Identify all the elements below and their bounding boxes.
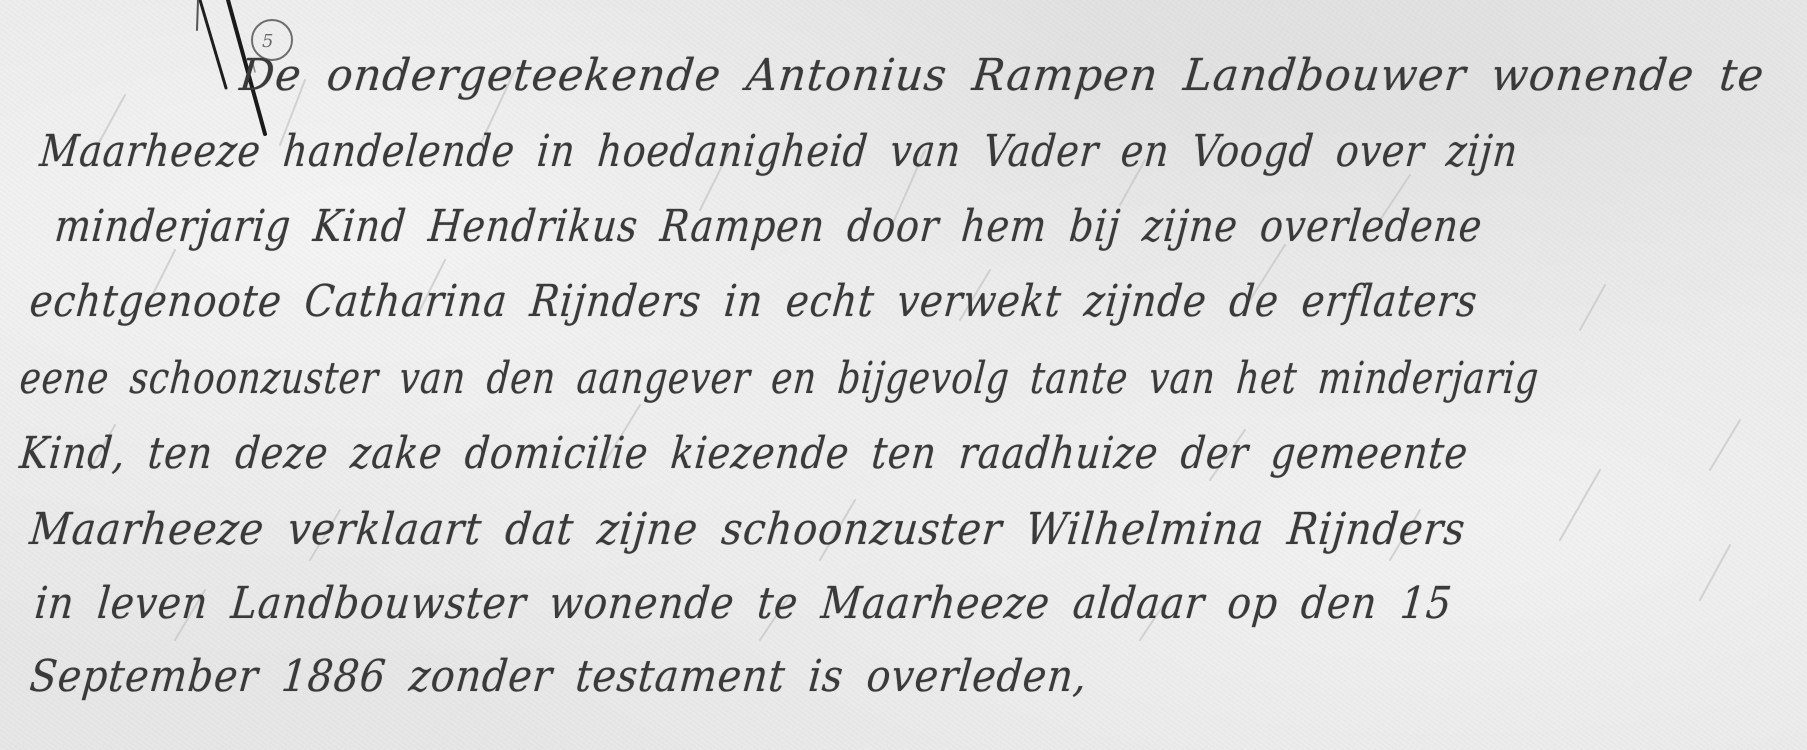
handwritten-word: overleden, — [864, 651, 1089, 702]
handwritten-word: raadhuize — [957, 428, 1161, 479]
handwritten-line: eeneschoonzustervandenaangeverenbijgevol… — [18, 353, 1562, 404]
handwritten-word: bijgevolg — [836, 353, 1012, 404]
handwritten-word: domicilie — [463, 428, 651, 479]
handwritten-word: Rijnders — [528, 276, 704, 327]
handwritten-word: Maarheeze — [38, 126, 264, 177]
handwritten-word: schoonzuster — [719, 504, 1004, 555]
handwritten-word: minderjarig — [1316, 353, 1541, 404]
handwritten-word: deze — [233, 428, 330, 479]
handwritten-word: minderjarig — [53, 201, 294, 252]
handwritten-word: is — [806, 651, 846, 702]
handwritten-line: DeondergeteekendeAntoniusRampenLandbouwe… — [237, 50, 1792, 101]
handwritten-word: echtgenoote — [28, 276, 285, 327]
handwritten-word: testament — [574, 651, 788, 702]
handwritten-word: zijne — [1140, 201, 1240, 252]
handwritten-word: Maarheeze — [28, 504, 267, 555]
handwritten-word: in — [722, 276, 766, 327]
handwritten-word: leven — [95, 578, 210, 629]
handwritten-word: Landbouwster — [229, 578, 529, 629]
handwritten-word: Kind — [311, 201, 408, 252]
handwritten-word: handelende — [281, 126, 517, 177]
handwritten-line: September1886zondertestamentisoverleden, — [28, 651, 1113, 702]
handwritten-word: September — [28, 651, 261, 702]
handwritten-line: inlevenLandbouwsterwonendeteMaarheezeald… — [33, 578, 1478, 629]
handwritten-word: schoonzuster — [128, 353, 381, 404]
handwritten-line: Kind,tendezezakedomiciliekiezendetenraad… — [18, 428, 1493, 479]
handwritten-word: erflaters — [1299, 276, 1479, 327]
handwritten-word: tante — [1028, 353, 1130, 404]
handwritten-word: en — [769, 353, 819, 404]
handwritten-word: van — [888, 126, 963, 177]
handwritten-word: den — [1299, 578, 1380, 629]
handwritten-word: het — [1234, 353, 1299, 404]
handwritten-word: Kind, — [18, 428, 128, 479]
handwritten-line: MaarheezeverklaartdatzijneschoonzusterWi… — [28, 504, 1492, 555]
handwritten-word: Rampen — [658, 201, 827, 252]
handwritten-word: De — [237, 50, 304, 101]
handwritten-word: hoedanigheid — [596, 126, 871, 177]
handwritten-word: wonende — [547, 578, 737, 629]
handwritten-word: Maarheeze — [819, 578, 1052, 629]
handwritten-word: ten — [146, 428, 215, 479]
handwritten-word: Landbouwer — [1181, 50, 1469, 101]
handwritten-word: ten — [870, 428, 939, 479]
handwritten-word: kiezende — [669, 428, 852, 479]
handwritten-word: 1886 — [279, 651, 388, 702]
handwritten-word: wonende — [1489, 50, 1697, 101]
handwritten-line: echtgenooteCatharinaRijndersinechtverwek… — [28, 276, 1503, 327]
handwritten-line: minderjarigKindHendrikusRampendoorhembij… — [53, 201, 1507, 252]
handwritten-word: zijn — [1444, 126, 1520, 177]
handwritten-line: MaarheezehandelendeinhoedanigheidvanVade… — [38, 126, 1543, 177]
handwritten-word: Voogd — [1190, 126, 1317, 177]
handwritten-word: verwekt — [895, 276, 1064, 327]
handwritten-word: van — [397, 353, 468, 404]
handwritten-word: echt — [784, 276, 877, 327]
handwritten-word: Wilhelmina — [1023, 504, 1266, 555]
handwritten-word: zijnde — [1082, 276, 1209, 327]
handwritten-word: te — [755, 578, 800, 629]
handwritten-word: aangever — [575, 353, 753, 404]
handwritten-word: ondergeteekende — [324, 50, 723, 101]
handwritten-word: hem — [959, 201, 1049, 252]
handwritten-word: de — [1227, 276, 1281, 327]
handwritten-word: verklaart — [286, 504, 485, 555]
handwritten-word: eene — [18, 353, 111, 404]
handwritten-word: zake — [349, 428, 445, 479]
handwritten-word: en — [1119, 126, 1172, 177]
handwritten-word: Rijnders — [1285, 504, 1468, 555]
handwritten-word: zijne — [595, 504, 700, 555]
handwritten-word: Vader — [981, 126, 1101, 177]
handwritten-word: van — [1147, 353, 1218, 404]
handwritten-word: in — [535, 126, 578, 177]
handwritten-word: den — [485, 353, 558, 404]
handwritten-word: te — [1717, 50, 1767, 101]
handwritten-word: op — [1225, 578, 1280, 629]
handwritten-word: in — [33, 578, 77, 629]
handwritten-word: door — [845, 201, 941, 252]
handwritten-word: zonder — [407, 651, 555, 702]
handwritten-word: Antonius — [744, 50, 950, 101]
handwritten-word: bij — [1067, 201, 1122, 252]
handwritten-word: Hendrikus — [426, 201, 640, 252]
handwritten-word: over — [1334, 126, 1427, 177]
handwritten-word: aldaar — [1071, 578, 1207, 629]
margin-number: 5 — [262, 31, 273, 52]
handwritten-word: Catharina — [302, 276, 509, 327]
handwritten-word: 15 — [1398, 578, 1454, 629]
handwritten-word: dat — [503, 504, 576, 555]
handwritten-word: gemeente — [1269, 428, 1471, 479]
handwritten-word: der — [1179, 428, 1251, 479]
handwritten-word: Rampen — [970, 50, 1161, 101]
document-page: 5 DeondergeteekendeAntoniusRampenLandbou… — [0, 0, 1807, 750]
handwritten-word: overledene — [1258, 201, 1485, 252]
